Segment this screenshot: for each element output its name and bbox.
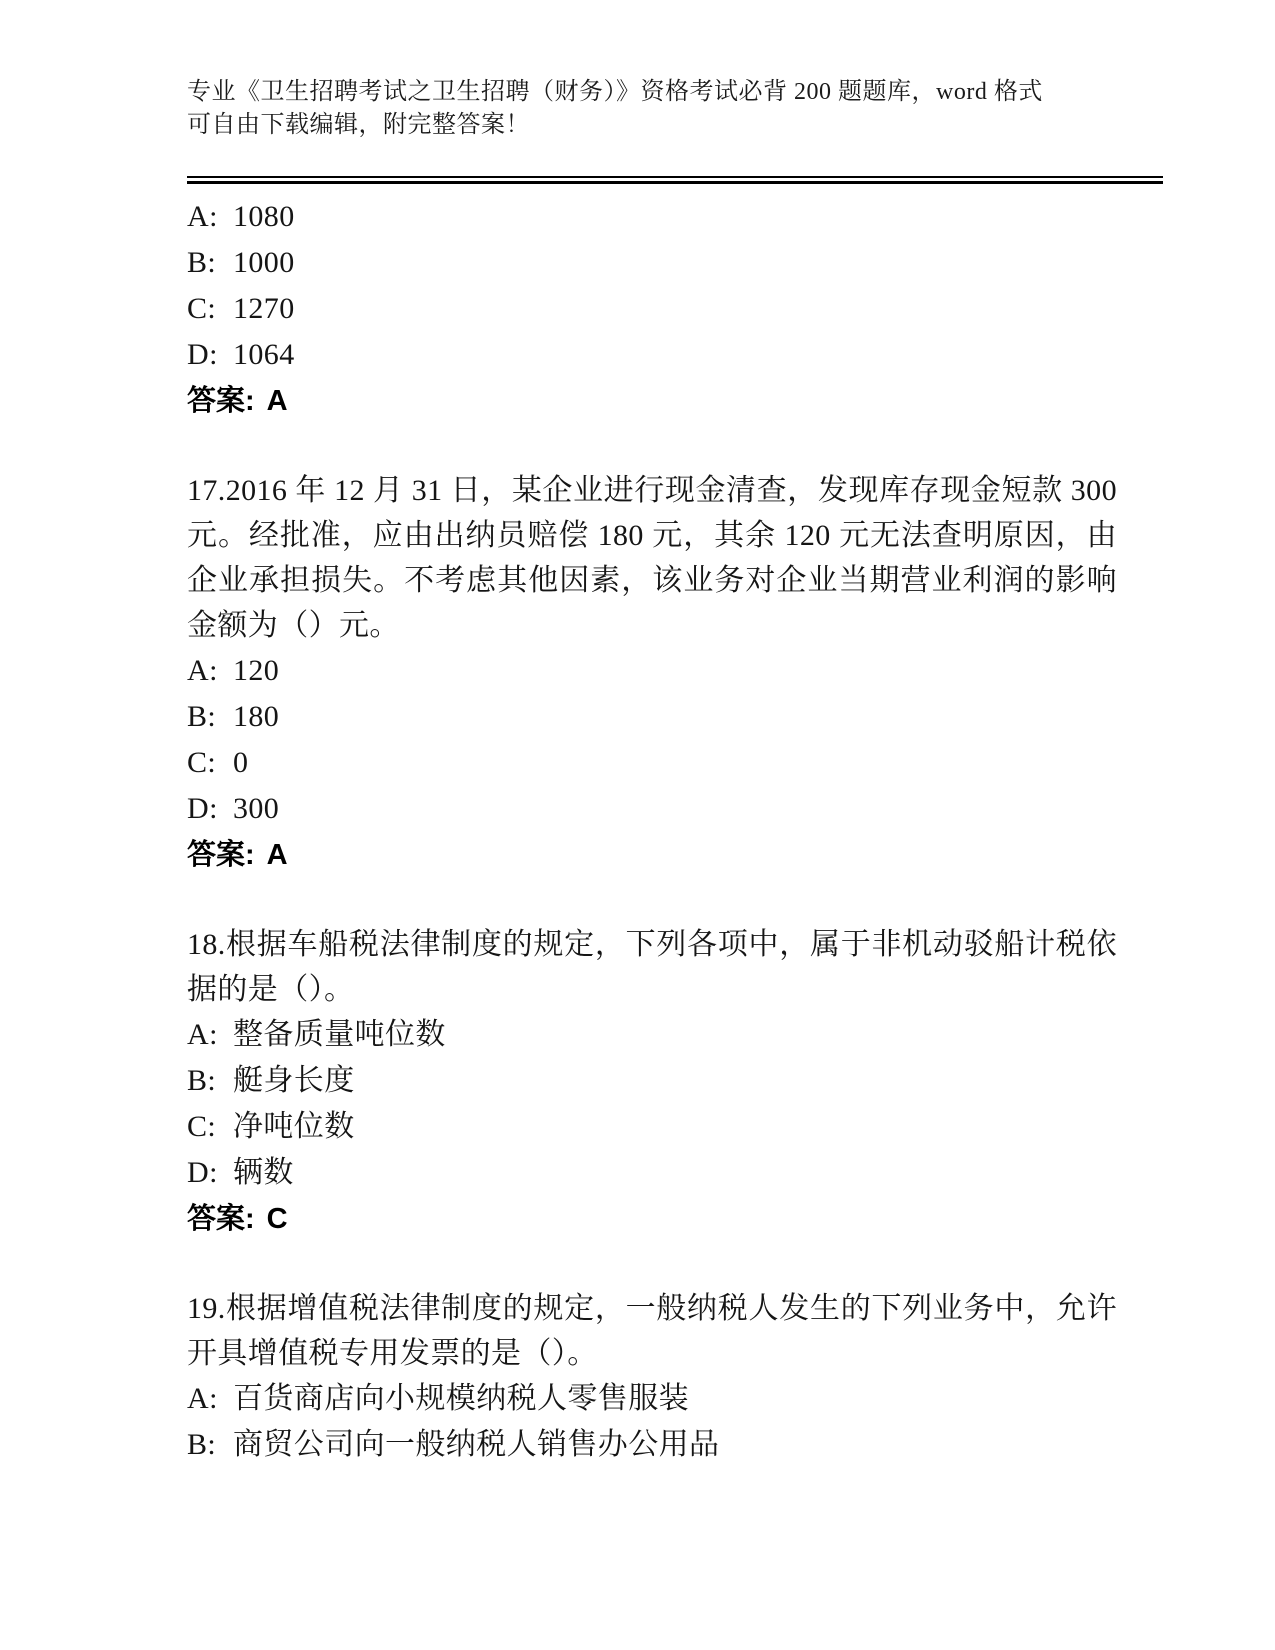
option-row-18-a: A:整备质量吨位数 [187,1012,1163,1058]
option-label: A: [187,1376,233,1422]
option-row-18-c: C:净吨位数 [187,1104,1163,1150]
option-text: 净吨位数 [233,1110,355,1143]
option-label: B: [187,1422,233,1468]
answer-row-18: 答案:C [187,1196,1163,1242]
option-text: 1080 [233,200,295,233]
option-text: 商贸公司向一般纳税人销售办公用品 [233,1428,719,1461]
option-row-19-a: A:百货商店向小规模纳税人零售服装 [187,1376,1163,1422]
question-19-section: 19.根据增值税法律制度的规定，一般纳税人发生的下列业务中，允许开具增值税专用发… [187,1286,1163,1468]
answer-label: 答案: [187,1203,255,1235]
option-label: C: [187,1104,233,1150]
answer-row-16: 答案:A [187,378,1163,424]
document-header: 专业《卫生招聘考试之卫生招聘（财务）》资格考试必背 200 题题库，word 格… [187,76,1163,142]
option-text: 辆数 [233,1156,294,1189]
answer-row-17: 答案:A [187,832,1163,878]
answer-label: 答案: [187,839,255,871]
option-text: 整备质量吨位数 [233,1018,446,1051]
question-17-text: 17.2016 年 12 月 31 日，某企业进行现金清查，发现库存现金短款 3… [187,468,1117,648]
option-text: 1270 [233,292,295,325]
option-label: A: [187,648,233,694]
option-text: 1000 [233,246,295,279]
option-row-16-d: D:1064 [187,332,1163,378]
question-18-text: 18.根据车船税法律制度的规定，下列各项中，属于非机动驳船计税依据的是（）。 [187,922,1117,1012]
option-label: A: [187,194,233,240]
question-17-section: 17.2016 年 12 月 31 日，某企业进行现金清查，发现库存现金短款 3… [187,468,1163,878]
option-text: 1064 [233,338,295,371]
answer-label: 答案: [187,385,255,417]
option-row-16-a: A:1080 [187,194,1163,240]
answer-value: A [267,385,288,417]
header-divider-rule [187,176,1163,184]
option-row-17-a: A:120 [187,648,1163,694]
header-line-2: 可自由下载编辑，附完整答案！ [187,109,1163,142]
option-label: C: [187,740,233,786]
question-16-section: A:1080 B:1000 C:1270 D:1064 答案:A [187,194,1163,424]
option-text: 艇身长度 [233,1064,355,1097]
option-label: B: [187,694,233,740]
document-page: 专业《卫生招聘考试之卫生招聘（财务）》资格考试必背 200 题题库，word 格… [0,0,1275,1650]
option-text: 百货商店向小规模纳税人零售服装 [233,1382,689,1415]
option-label: D: [187,332,233,378]
option-row-17-c: C:0 [187,740,1163,786]
header-line-1: 专业《卫生招聘考试之卫生招聘（财务）》资格考试必背 200 题题库，word 格… [187,76,1163,109]
question-18-section: 18.根据车船税法律制度的规定，下列各项中，属于非机动驳船计税依据的是（）。 A… [187,922,1163,1242]
option-row-16-b: B:1000 [187,240,1163,286]
option-text: 300 [233,792,279,825]
option-text: 120 [233,654,279,687]
option-label: C: [187,286,233,332]
option-label: D: [187,786,233,832]
option-label: D: [187,1150,233,1196]
option-row-18-d: D:辆数 [187,1150,1163,1196]
document-content: 专业《卫生招聘考试之卫生招聘（财务）》资格考试必背 200 题题库，word 格… [187,76,1163,1468]
option-label: B: [187,240,233,286]
option-text: 0 [233,746,248,779]
option-label: B: [187,1058,233,1104]
option-row-17-d: D:300 [187,786,1163,832]
question-19-text: 19.根据增值税法律制度的规定，一般纳税人发生的下列业务中，允许开具增值税专用发… [187,1286,1117,1376]
option-text: 180 [233,700,279,733]
option-row-18-b: B:艇身长度 [187,1058,1163,1104]
option-label: A: [187,1012,233,1058]
answer-value: A [267,839,288,871]
answer-value: C [267,1203,288,1235]
option-row-16-c: C:1270 [187,286,1163,332]
option-row-17-b: B:180 [187,694,1163,740]
option-row-19-b: B:商贸公司向一般纳税人销售办公用品 [187,1422,1163,1468]
